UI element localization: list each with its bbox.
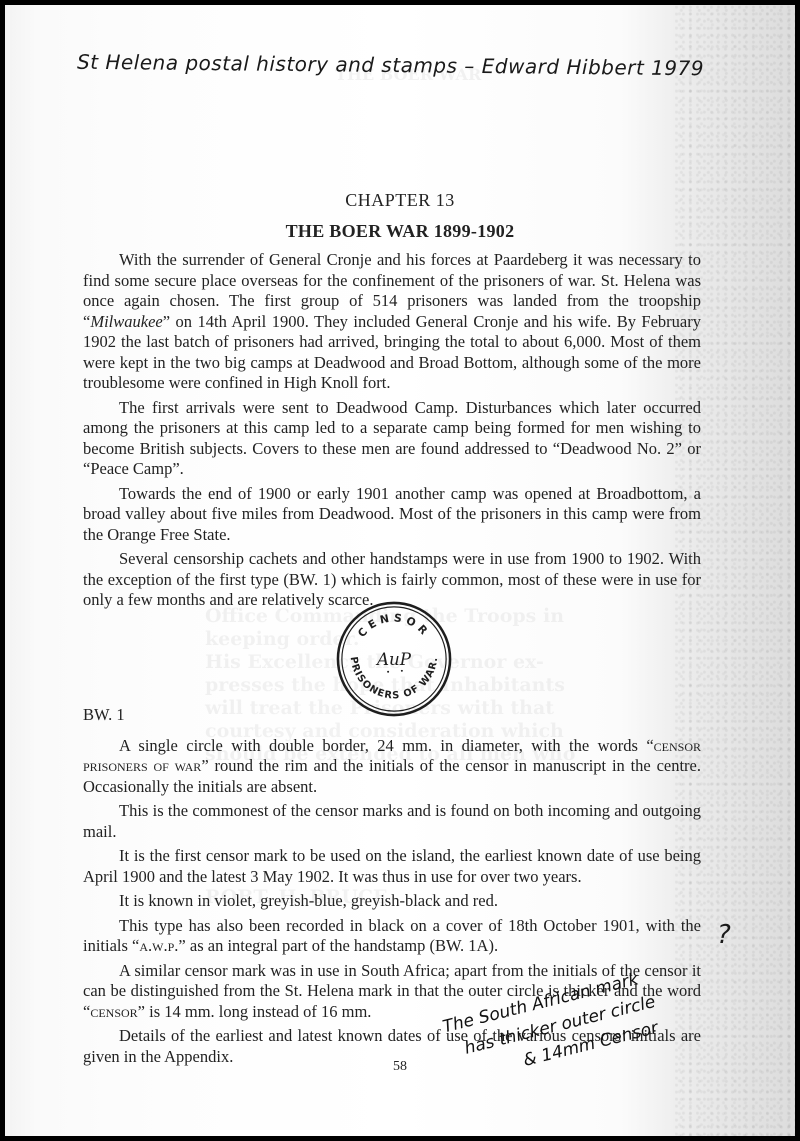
paragraph: It is the first censor mark to be used o… (83, 846, 701, 887)
text-run-smallcaps: CENSOR (90, 1002, 137, 1021)
censor-stamp-icon: CENSOR PRISONERS OF WAR. AuP (335, 600, 453, 718)
scanned-page: THE BOER WAR Office Commanding the Troop… (5, 5, 795, 1136)
text-run: A single circle with double border, 24 m… (119, 736, 654, 755)
page-number: 58 (5, 1057, 795, 1078)
svg-text:CENSOR: CENSOR (355, 611, 433, 640)
chapter-number: CHAPTER 13 (5, 190, 795, 211)
intro-text: With the surrender of General Cronje and… (83, 250, 701, 615)
handwritten-source-note: St Helena postal history and stamps – Ed… (77, 50, 704, 81)
text-run: ” is 14 mm. long instead of 16 mm. (138, 1002, 372, 1021)
chapter-title: THE BOER WAR 1899-1902 (5, 221, 795, 242)
paragraph: The first arrivals were sent to Deadwood… (83, 398, 701, 480)
censor-stamp-illustration: CENSOR PRISONERS OF WAR. AuP (335, 600, 453, 718)
paragraph: This is the commonest of the censor mark… (83, 801, 701, 842)
paragraph: Towards the end of 1900 or early 1901 an… (83, 484, 701, 546)
catalogue-label: BW. 1 (83, 705, 701, 726)
paragraph: This type has also been recorded in blac… (83, 916, 701, 957)
stamp-initials: AuP (375, 649, 412, 669)
stamp-top-text: CENSOR (355, 611, 433, 640)
text-run-smallcaps: A.W.P. (139, 936, 178, 955)
paragraph: It is known in violet, greyish-blue, gre… (83, 891, 701, 912)
ship-name: Milwaukee (90, 312, 162, 331)
paragraph: With the surrender of General Cronje and… (83, 250, 701, 394)
paragraph: A single circle with double border, 24 m… (83, 736, 701, 798)
text-run: ” as an integral part of the handstamp (… (178, 936, 498, 955)
